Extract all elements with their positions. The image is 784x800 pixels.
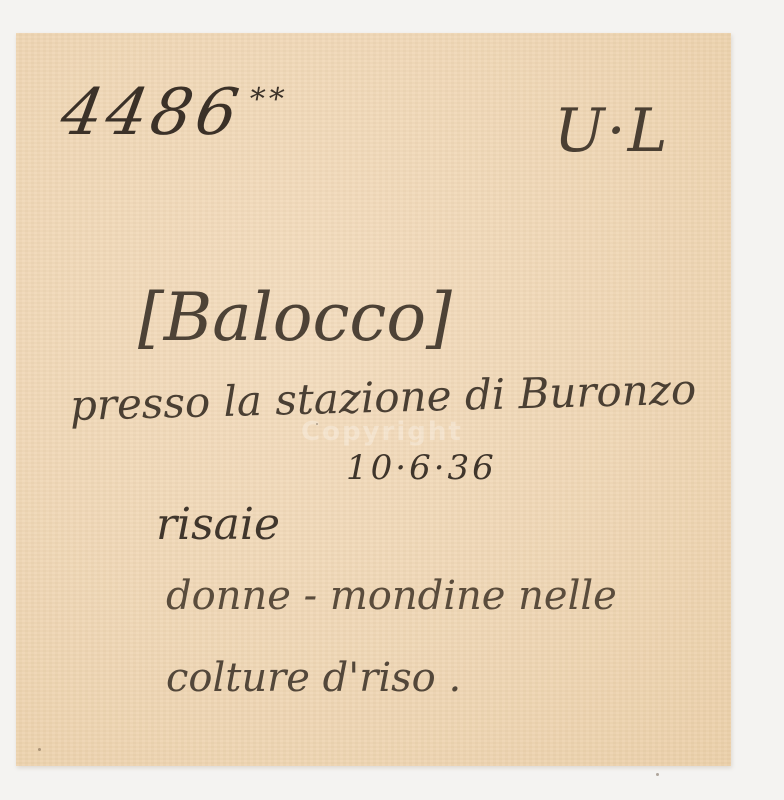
paper-speck	[656, 773, 659, 776]
catalog-number: 4486**	[56, 81, 290, 145]
collector-initials: U·L	[554, 101, 669, 161]
paper-speck	[316, 423, 318, 425]
collector-name: [Balocco]	[138, 285, 452, 351]
collection-date: 10·6·36	[346, 451, 497, 485]
specimen-label-paper: 4486** U·L [Balocco] presso la stazione …	[16, 33, 731, 766]
note-line-2: colture d'riso .	[166, 658, 461, 698]
locality-text: presso la stazione di Buronzo	[69, 369, 696, 427]
catalog-number-value: 4486	[55, 76, 247, 150]
catalog-marks: **	[246, 82, 290, 117]
note-line-1: donne - mondine nelle	[166, 576, 617, 616]
habitat-text: risaie	[156, 503, 280, 547]
paper-speck	[38, 748, 41, 751]
